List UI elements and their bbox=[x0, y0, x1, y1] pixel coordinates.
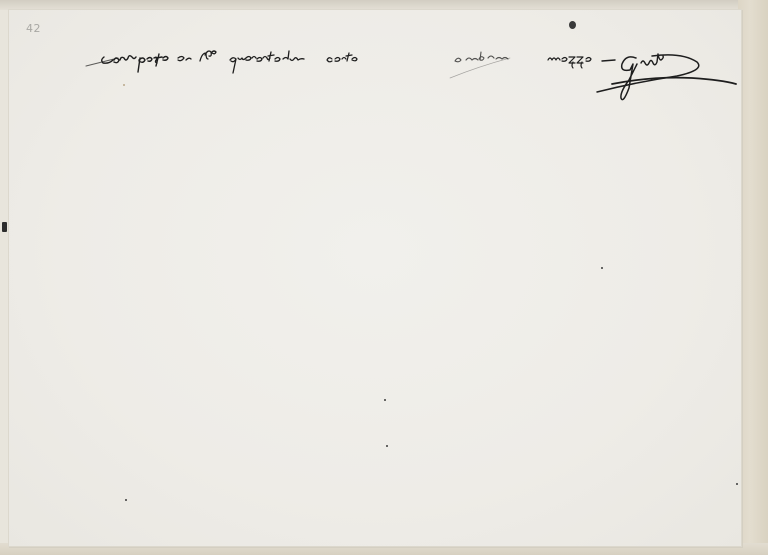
ink-blot bbox=[569, 21, 576, 29]
speck bbox=[736, 483, 738, 485]
speck bbox=[601, 267, 603, 269]
scanned-page-background: 42 Composto bbox=[0, 0, 768, 555]
speck bbox=[125, 499, 127, 501]
speck bbox=[123, 84, 125, 86]
speck bbox=[386, 445, 388, 447]
binding-mark bbox=[2, 222, 7, 232]
handwritten-note bbox=[0, 0, 768, 555]
speck bbox=[384, 399, 386, 401]
